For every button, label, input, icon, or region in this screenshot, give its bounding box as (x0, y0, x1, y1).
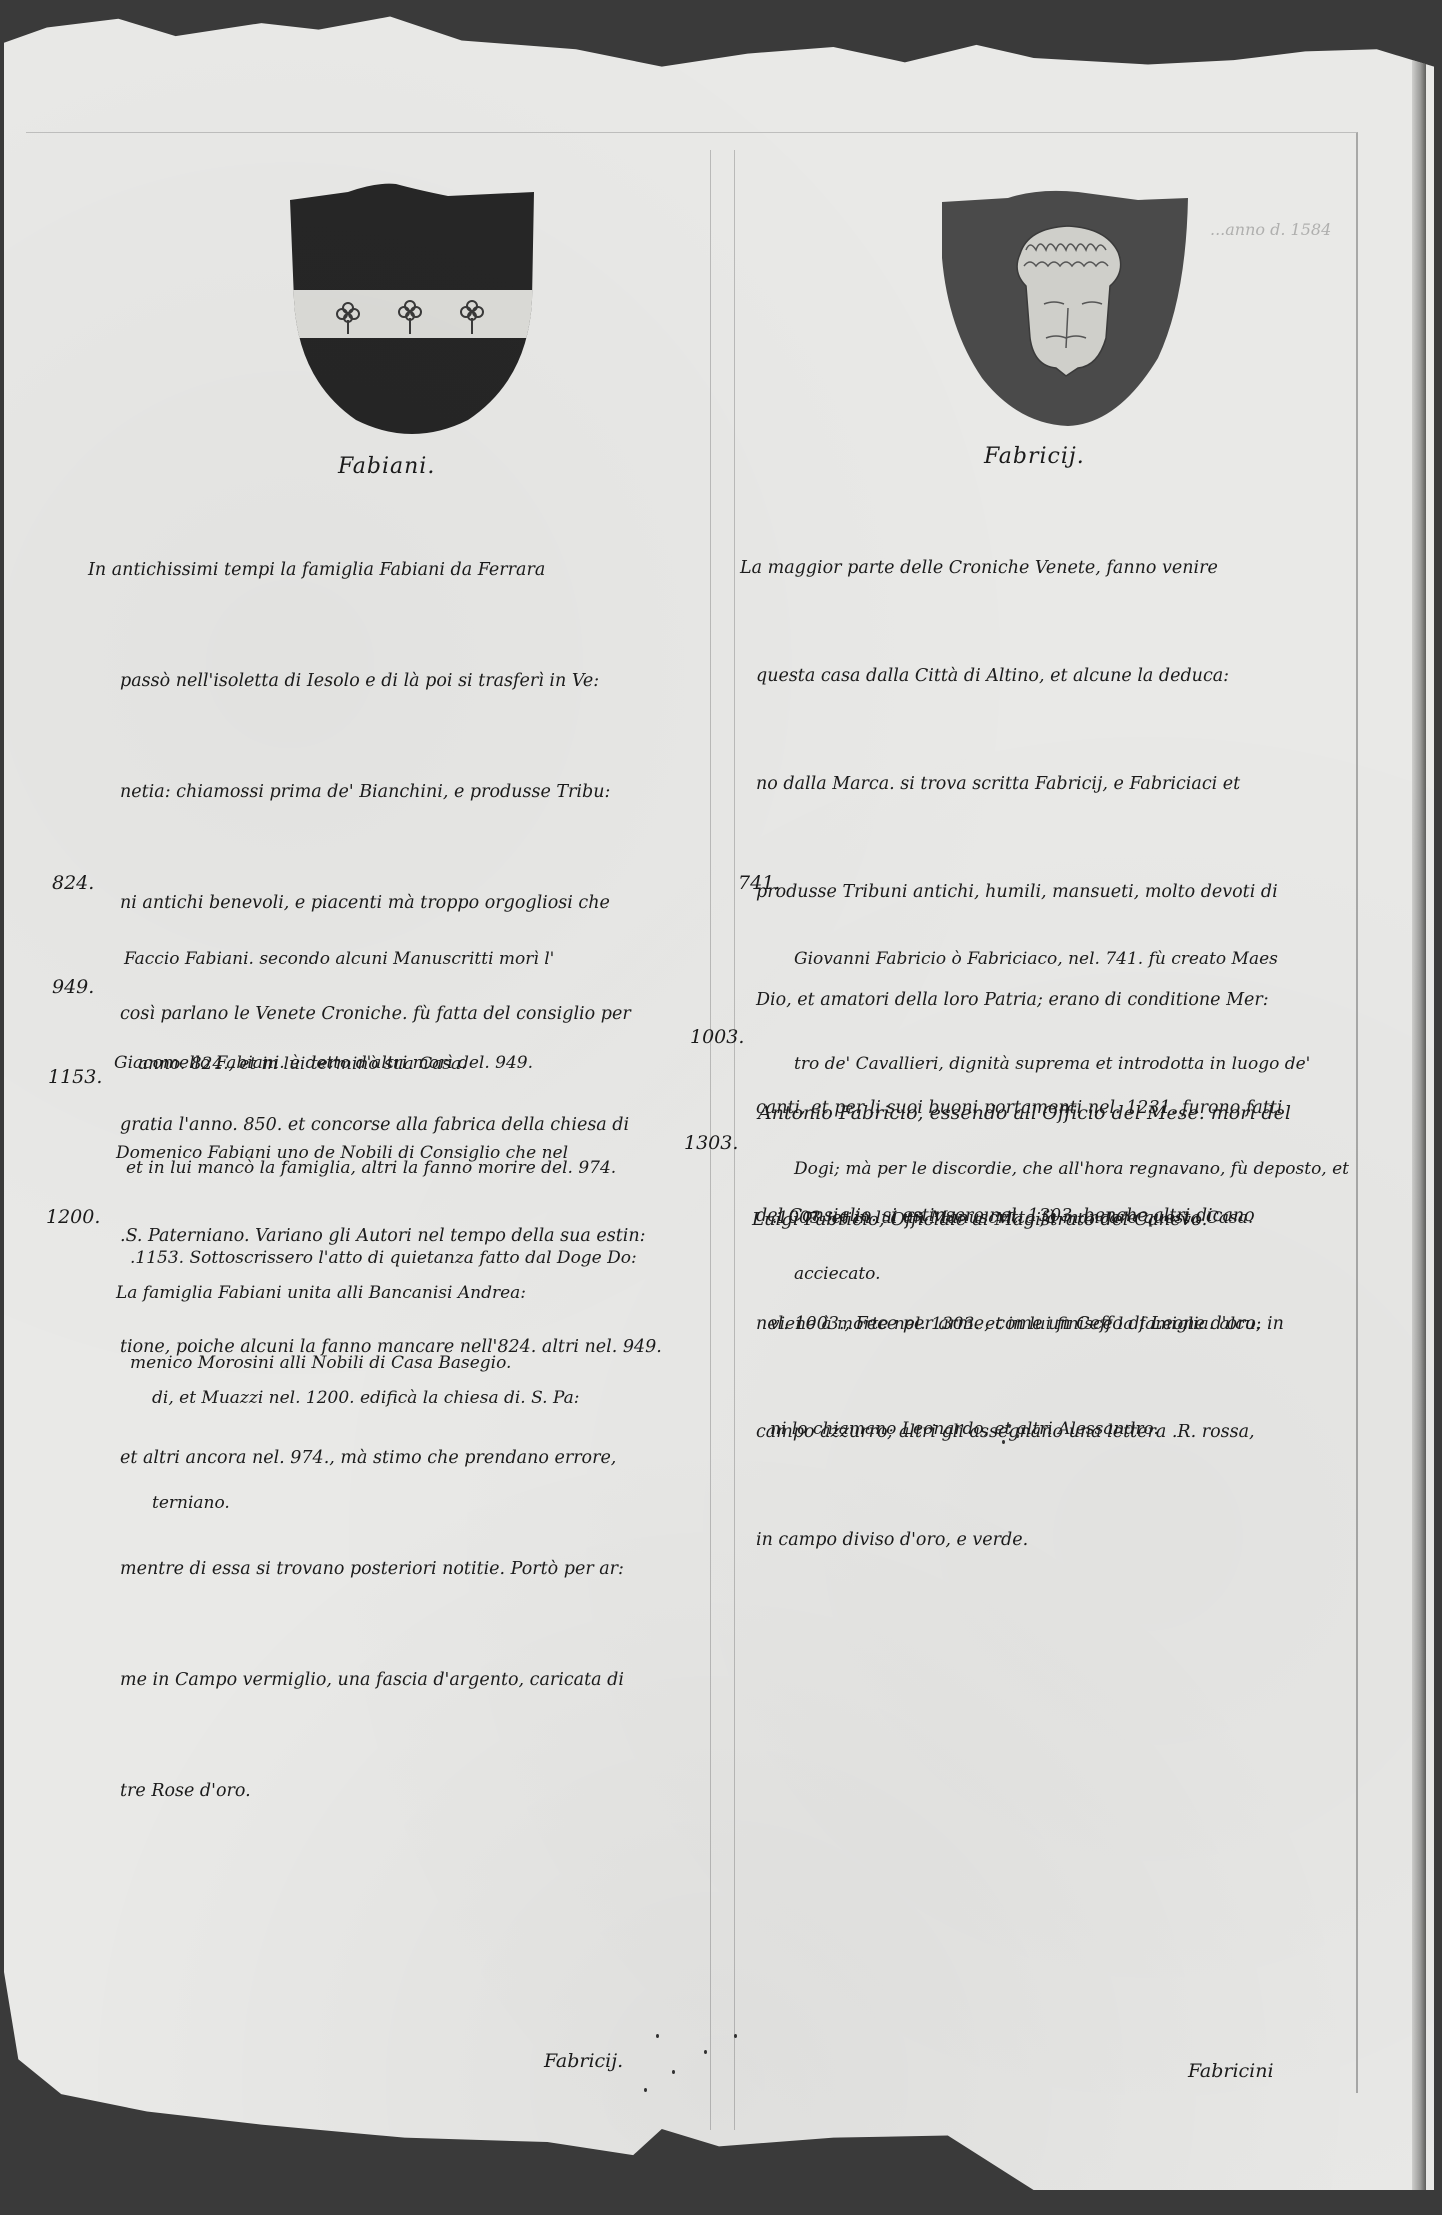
description-line: In antichissimi tempi la famiglia Fabian… (88, 552, 662, 589)
description-line: in campo diviso d'oro, e verde. (740, 1522, 1284, 1558)
description-line: netia: chiamossi prima de' Bianchini, e … (88, 774, 662, 811)
ink-speck (644, 2088, 647, 2092)
entry-line: Luigi Fabricio, Officiale al Magistrato … (752, 1202, 1261, 1237)
entry-line: Giovanni Fabricio ò Fabriciaco, nel. 741… (794, 942, 1349, 977)
entry-year: 824. (52, 872, 94, 894)
fabricij-coat-of-arms-icon (938, 188, 1198, 438)
entry-year: 1003. (690, 1026, 744, 1048)
manuscript-page: ...anno d. 1584 Fabiani. Fabricij. In an… (4, 10, 1434, 2190)
entry-text: Luigi Fabricio, Officiale al Magistrato … (752, 1132, 1261, 1517)
entry-year: 1303. (684, 1132, 738, 1154)
entry-text: La famiglia Fabiani unita alli Bancanisi… (116, 1206, 580, 1591)
description-line: tre Rose d'oro. (88, 1773, 662, 1810)
entry-year: 949. (52, 976, 94, 998)
catchword-left: Fabricij. (544, 2050, 623, 2072)
fabricij-title: Fabricij. (984, 444, 1085, 469)
ink-speck (1002, 1440, 1005, 1444)
entry-year: 741. (738, 872, 780, 894)
catchword-right: Fabricini (1188, 2060, 1274, 2082)
fabiani-title: Fabiani. (338, 454, 435, 479)
entry-year: 1200. (46, 1206, 100, 1228)
description-line: passò nell'isoletta di Iesolo e di là po… (88, 663, 662, 700)
entry-year: 1153. (48, 1066, 102, 1088)
description-line: La maggior parte delle Croniche Venete, … (740, 550, 1284, 586)
ink-speck (672, 2070, 675, 2074)
entry-line: di, et Muazzi nel. 1200. edificà la chie… (116, 1381, 580, 1416)
entry-line: La famiglia Fabiani unita alli Bancanisi… (116, 1276, 580, 1311)
ink-speck (1008, 1424, 1011, 1428)
description-line: me in Campo vermiglio, una fascia d'arge… (88, 1662, 662, 1699)
entry-line: Antonio Fabricio, essendo all'Officio de… (758, 1096, 1291, 1131)
entry-line: ni lo chiamano Leonardo, et altri Alessa… (752, 1412, 1261, 1447)
entry-line: Domenico Fabiani uno de Nobili di Consig… (116, 1136, 637, 1171)
ink-speck (1016, 1434, 1019, 1438)
faint-margin-annotation: ...anno d. 1584 (1210, 220, 1331, 239)
entry-line: viene à morte nel. 1303. et in lui finis… (752, 1307, 1261, 1342)
description-line: no dalla Marca. si trova scritta Fabrici… (740, 766, 1284, 802)
entry-line: terniano. (116, 1486, 580, 1521)
description-line: questa casa dalla Città di Altino, et al… (740, 658, 1284, 694)
entry-line: Faccio Fabiani. secondo alcuni Manuscrit… (124, 942, 554, 977)
page-edge (1412, 50, 1426, 2210)
ink-speck (656, 2034, 659, 2038)
ink-speck (704, 2050, 707, 2054)
ink-speck (734, 2034, 737, 2038)
fabiani-coat-of-arms-icon (288, 180, 538, 440)
